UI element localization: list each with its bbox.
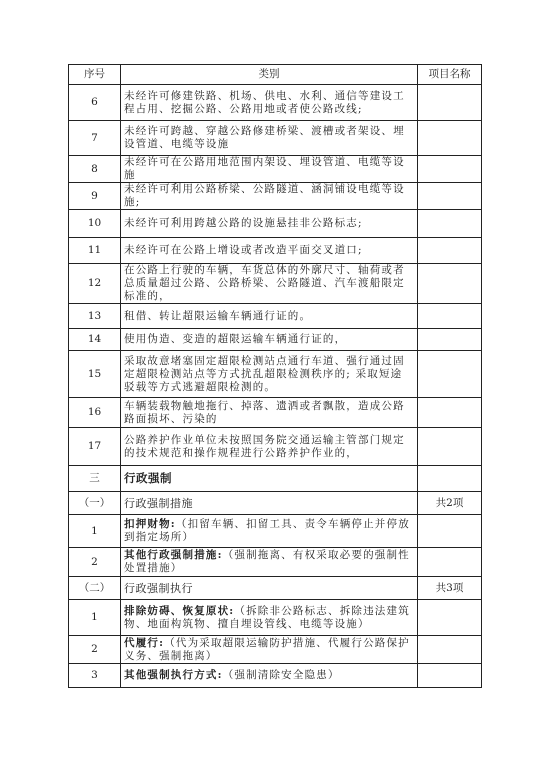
category-table: 序号 类别 项目名称 6未经许可修建铁路、机场、供电、水利、通信等建设工程占用、… — [68, 64, 482, 688]
row-number: 6 — [69, 85, 121, 121]
table-row: 12在公路上行驶的车辆，车货总体的外廓尺寸、轴荷或者总质量超过公路、公路桥梁、公… — [69, 264, 482, 304]
table-row: 1扣押财物:（扣留车辆、扣留工具、责令车辆停止并停放到指定场所） — [69, 515, 482, 548]
row-category: 未经许可跨越、穿越公路修建桥梁、渡槽或者架设、埋设管道、电缆等设施 — [121, 121, 418, 156]
row-category: 扣押财物:（扣留车辆、扣留工具、责令车辆停止并停放到指定场所） — [121, 515, 418, 548]
row-number: （一） — [69, 492, 121, 515]
table-row: 9未经许可利用公路桥梁、公路隧道、涵洞铺设电缆等设施; — [69, 183, 482, 210]
table-row: 16车辆装载物触地拖行、掉落、遗洒或者飘散，造成公路路面损坏、污染的 — [69, 398, 482, 428]
row-category: 车辆装载物触地拖行、掉落、遗洒或者飘散，造成公路路面损坏、污染的 — [121, 398, 418, 428]
subsection-row: （一）行政强制措施共2项 — [69, 492, 482, 515]
row-category: 未经许可修建铁路、机场、供电、水利、通信等建设工程占用、挖掘公路、公路用地或者使… — [121, 85, 418, 121]
row-category: 在公路上行驶的车辆，车货总体的外廓尺寸、轴荷或者总质量超过公路、公路桥梁、公路隧… — [121, 264, 418, 304]
row-category: 代履行:（代为采取超限运输防护措施、代履行公路保护义务、强制拖离） — [121, 636, 418, 664]
row-category-lead: 其他行政强制措施: — [124, 549, 223, 561]
row-project-name — [418, 156, 482, 183]
row-project-name — [418, 304, 482, 329]
row-project-name — [418, 600, 482, 636]
row-category-lead: 代履行: — [124, 637, 164, 649]
table-row: 13租借、转让超限运输车辆通行证的。 — [69, 304, 482, 329]
table-row: 2其他行政强制措施:（强制拖离、有权采取必要的强制性处置措施） — [69, 548, 482, 577]
row-number: 11 — [69, 238, 121, 264]
row-project-name — [418, 636, 482, 664]
table-row: 1排除妨碍、恢复原状:（拆除非公路标志、拆除违法建筑物、地面构筑物、擅自埋设管线… — [69, 600, 482, 636]
row-number: 9 — [69, 183, 121, 210]
row-project-name — [418, 548, 482, 577]
row-category: 使用伪造、变造的超限运输车辆通行证的， — [121, 329, 418, 351]
section-row: 三行政强制 — [69, 466, 482, 492]
row-category: 行政强制措施 — [121, 492, 418, 515]
row-project-name — [418, 428, 482, 466]
table-row: 17公路养护作业单位未按照国务院交通运输主管部门规定的技术规范和操作规程进行公路… — [69, 428, 482, 466]
row-number: 13 — [69, 304, 121, 329]
row-number: 7 — [69, 121, 121, 156]
row-project-name — [418, 398, 482, 428]
row-number: 15 — [69, 351, 121, 398]
row-project-name — [418, 264, 482, 304]
row-category: 行政强制执行 — [121, 577, 418, 600]
table-row: 11未经许可在公路上增设或者改造平面交叉道口; — [69, 238, 482, 264]
table-row: 8未经许可在公路用地范围内架设、埋设管道、电缆等设施 — [69, 156, 482, 183]
row-category: 行政强制 — [121, 466, 418, 492]
row-project-name — [418, 238, 482, 264]
row-category: 其他强制执行方式:（强制清除安全隐患） — [121, 664, 418, 688]
row-project-name — [418, 466, 482, 492]
row-category-lead: 其他强制执行方式: — [124, 669, 223, 681]
header-project-name: 项目名称 — [418, 65, 482, 85]
row-category: 采取故意堵塞固定超限检测站点通行车道、强行通过固定超限检测站点等方式扰乱超限检测… — [121, 351, 418, 398]
row-number: 2 — [69, 548, 121, 577]
row-number: 3 — [69, 664, 121, 688]
table-row: 3其他强制执行方式:（强制清除安全隐患） — [69, 664, 482, 688]
row-number: （二） — [69, 577, 121, 600]
row-number: 三 — [69, 466, 121, 492]
row-number: 12 — [69, 264, 121, 304]
row-project-name — [418, 85, 482, 121]
row-number: 1 — [69, 515, 121, 548]
header-category: 类别 — [121, 65, 418, 85]
row-number: 14 — [69, 329, 121, 351]
table-header-row: 序号 类别 项目名称 — [69, 65, 482, 85]
row-number: 10 — [69, 210, 121, 238]
row-category: 租借、转让超限运输车辆通行证的。 — [121, 304, 418, 329]
row-category-lead: 排除妨碍、恢复原状: — [124, 605, 234, 617]
table-row: 7未经许可跨越、穿越公路修建桥梁、渡槽或者架设、埋设管道、电缆等设施 — [69, 121, 482, 156]
row-category: 公路养护作业单位未按照国务院交通运输主管部门规定的技术规范和操作规程进行公路养护… — [121, 428, 418, 466]
table-row: 14使用伪造、变造的超限运输车辆通行证的， — [69, 329, 482, 351]
row-project-name: 共2项 — [418, 492, 482, 515]
row-category: 排除妨碍、恢复原状:（拆除非公路标志、拆除违法建筑物、地面构筑物、擅自埋设管线、… — [121, 600, 418, 636]
row-project-name — [418, 210, 482, 238]
row-number: 2 — [69, 636, 121, 664]
row-project-name — [418, 351, 482, 398]
header-no: 序号 — [69, 65, 121, 85]
row-project-name — [418, 329, 482, 351]
row-category-detail: （代为采取超限运输防护措施、代履行公路保护义务、强制拖离） — [124, 637, 410, 662]
row-project-name — [418, 515, 482, 548]
row-category-detail: （强制清除安全隐患） — [223, 669, 340, 681]
row-category: 未经许可在公路用地范围内架设、埋设管道、电缆等设施 — [121, 156, 418, 183]
row-number: 16 — [69, 398, 121, 428]
row-category-lead: 扣押财物: — [124, 518, 176, 530]
row-category: 其他行政强制措施:（强制拖离、有权采取必要的强制性处置措施） — [121, 548, 418, 577]
table-row: 2代履行:（代为采取超限运输防护措施、代履行公路保护义务、强制拖离） — [69, 636, 482, 664]
table-row: 15采取故意堵塞固定超限检测站点通行车道、强行通过固定超限检测站点等方式扰乱超限… — [69, 351, 482, 398]
row-project-name — [418, 664, 482, 688]
row-number: 17 — [69, 428, 121, 466]
row-category: 未经许可利用跨越公路的设施悬挂非公路标志; — [121, 210, 418, 238]
row-project-name — [418, 183, 482, 210]
table-row: 6未经许可修建铁路、机场、供电、水利、通信等建设工程占用、挖掘公路、公路用地或者… — [69, 85, 482, 121]
table-row: 10未经许可利用跨越公路的设施悬挂非公路标志; — [69, 210, 482, 238]
row-category: 未经许可在公路上增设或者改造平面交叉道口; — [121, 238, 418, 264]
subsection-row: （二）行政强制执行共3项 — [69, 577, 482, 600]
row-project-name: 共3项 — [418, 577, 482, 600]
row-number: 8 — [69, 156, 121, 183]
row-number: 1 — [69, 600, 121, 636]
row-category: 未经许可利用公路桥梁、公路隧道、涵洞铺设电缆等设施; — [121, 183, 418, 210]
row-project-name — [418, 121, 482, 156]
